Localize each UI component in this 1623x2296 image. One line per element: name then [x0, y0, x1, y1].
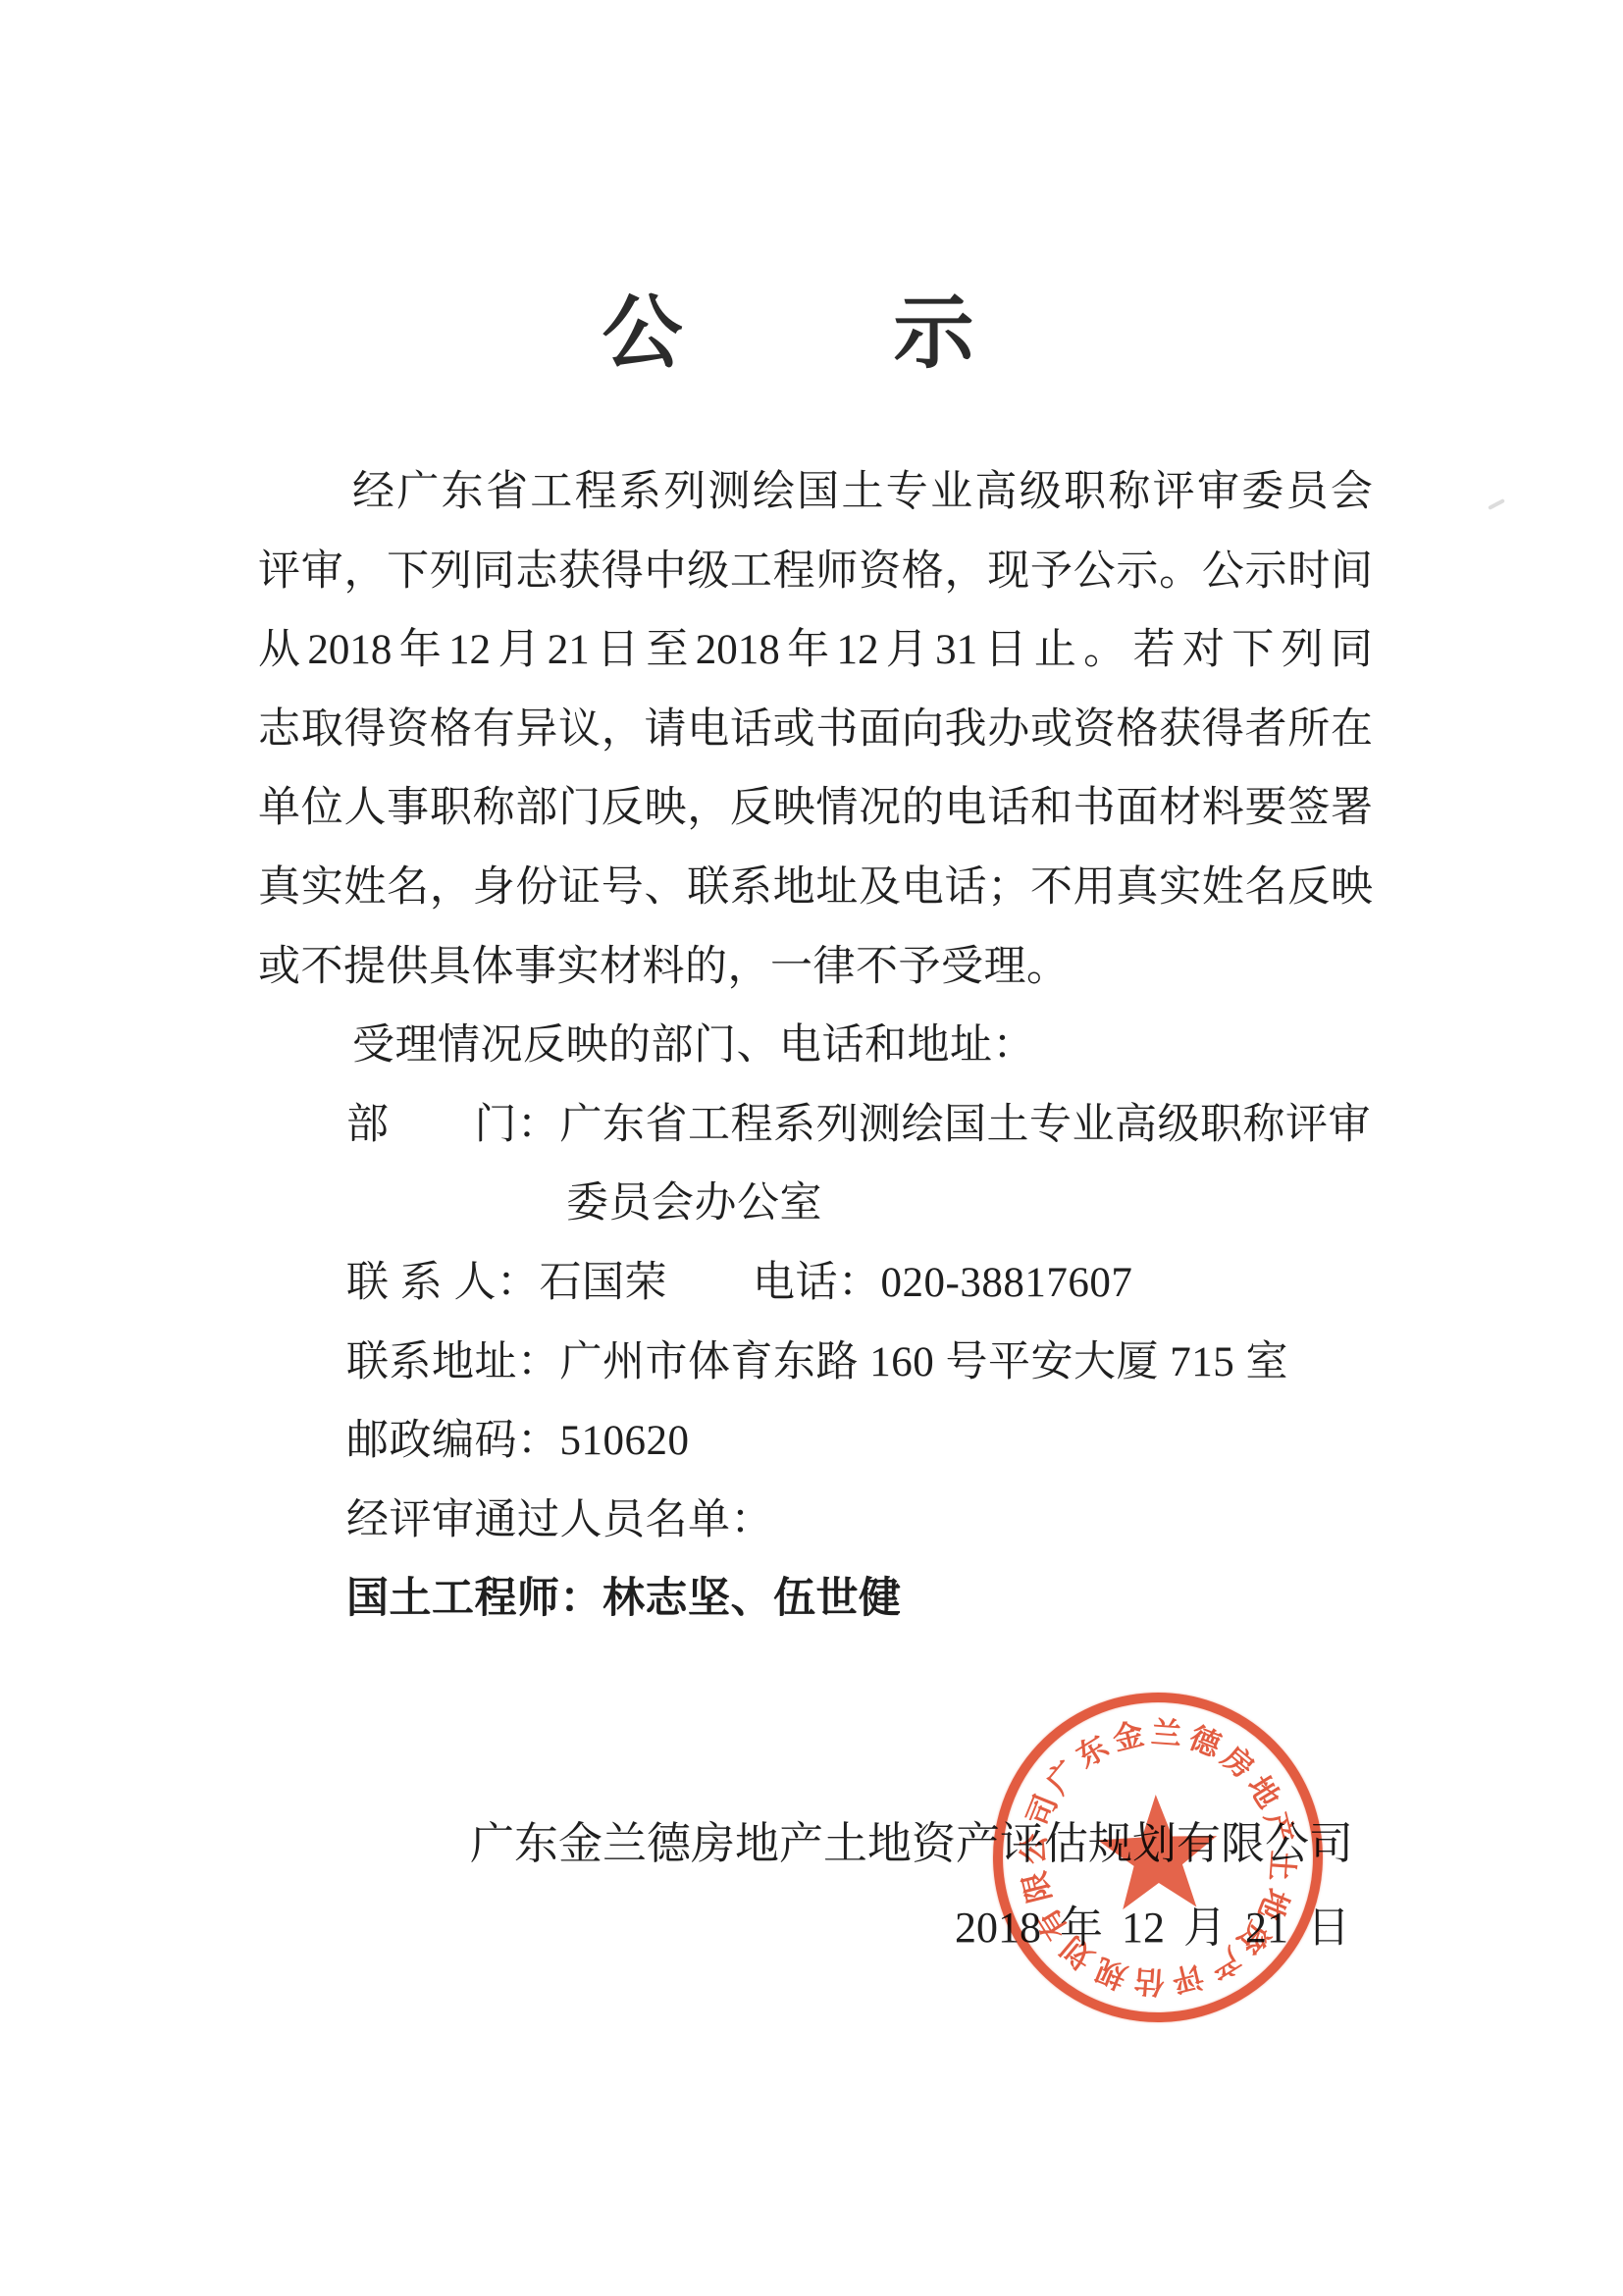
body-line: 受理情况反映的部门、电话和地址： — [258, 1007, 1373, 1086]
body-line: 评审，下列同志获得中级工程师资格，现予公示。公示时间 — [258, 533, 1373, 612]
seal-star-icon — [987, 1687, 1329, 2028]
body-line: 联系地址：广州市体育东路 160 号平安大厦 715 室 — [258, 1324, 1373, 1403]
body-line: 单位人事职称部门反映，反映情况的电话和书面材料要签署 — [258, 769, 1373, 849]
scan-artifact — [1488, 498, 1505, 510]
body-line: 经评审通过人员名单： — [258, 1482, 1373, 1561]
page-title: 公 示 — [231, 267, 1345, 385]
body-line: 国土工程师：林志坚、伍世健 — [258, 1560, 1373, 1640]
body-line: 或不提供具体事实材料的，一律不予受理。 — [258, 928, 1373, 1008]
body-lines: 经广东省工程系列测绘国土专业高级职称评审委员会评审，下列同志获得中级工程师资格，… — [258, 453, 1373, 1640]
body-line: 志取得资格有异议，请电话或书面向我办或资格获得者所在 — [258, 691, 1373, 770]
body-line: 委员会办公室 — [258, 1165, 1373, 1244]
title-char-1: 公 — [602, 269, 682, 384]
body-line: 联 系 人：石国荣 电话：020-38817607 — [258, 1244, 1373, 1324]
title-char-2: 示 — [894, 269, 974, 384]
body-line: 经广东省工程系列测绘国土专业高级职称评审委员会 — [258, 453, 1373, 533]
body-line: 从2018年12月21日至2018年12月31日止。若对下列同 — [258, 611, 1373, 691]
body-line: 部 门：广东省工程系列测绘国土专业高级职称评审 — [258, 1086, 1373, 1166]
body-line: 邮政编码：510620 — [258, 1402, 1373, 1482]
company-seal: 广东金兰德房地产土地资产评估规划有限公司 — [987, 1687, 1329, 2028]
announcement-page: 公 示 经广东省工程系列测绘国土专业高级职称评审委员会评审，下列同志获得中级工程… — [0, 0, 1623, 2296]
body-line: 真实姓名，身份证号、联系地址及电话；不用真实姓名反映 — [258, 849, 1373, 928]
